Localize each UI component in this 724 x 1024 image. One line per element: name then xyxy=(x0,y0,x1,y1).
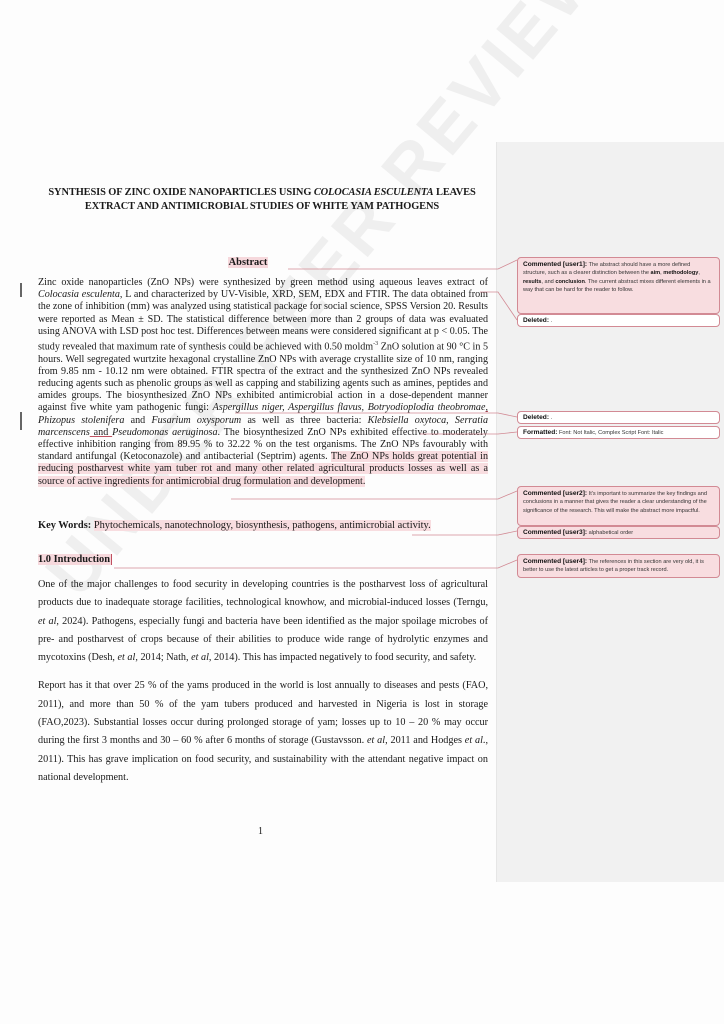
deleted-balloon[interactable]: Deleted: . xyxy=(517,411,720,424)
tracked-change: and xyxy=(90,427,112,438)
intro-paragraph-1: One of the major challenges to food secu… xyxy=(38,576,488,667)
paragraph-text: 2014; Nath, xyxy=(138,652,191,663)
paragraph-text: , 2011 and Hodges xyxy=(385,735,465,746)
comment-text: alphabetical order xyxy=(587,530,633,536)
species-name: Fusarium oxysporum xyxy=(151,415,241,426)
et-al: et al xyxy=(38,616,56,627)
comment-bold: aim xyxy=(650,270,660,276)
balloon-label: Deleted: xyxy=(523,414,549,421)
intro-heading[interactable]: 1.0 Introduction xyxy=(38,554,112,565)
comment-label: Commented [user4]: xyxy=(523,558,587,565)
balloon-text: Font: Not Italic, Complex Script Font: I… xyxy=(557,430,663,436)
balloon-text: . xyxy=(549,415,552,421)
species-name: Pseudomonas aeruginosa xyxy=(112,427,217,438)
paragraph-text: , 2014). This has impacted negatively to… xyxy=(209,652,476,663)
comment-user4[interactable]: Commented [user4]: The references in thi… xyxy=(517,554,720,578)
deleted-balloon[interactable]: Deleted: . xyxy=(517,314,720,327)
comment-text: , xyxy=(698,270,700,276)
abstract-body: Zinc oxide nanoparticles (ZnO NPs) were … xyxy=(38,277,488,488)
et-al: et al xyxy=(367,735,385,746)
paragraph-text: One of the major challenges to food secu… xyxy=(38,579,488,608)
species-name: Colocasia esculenta xyxy=(38,289,120,300)
abstract-heading[interactable]: Abstract xyxy=(0,257,496,268)
intro-body: One of the major challenges to food secu… xyxy=(38,576,488,797)
abstract-heading-text[interactable]: Abstract xyxy=(228,257,269,268)
comment-bold: conclusion xyxy=(555,279,585,285)
balloon-text: . xyxy=(549,318,552,324)
change-bar xyxy=(20,412,22,430)
keywords: Key Words: Phytochemicals, nanotechnolog… xyxy=(38,520,488,531)
et-al: et al xyxy=(191,652,209,663)
comment-user2[interactable]: Commented [user2]: It's important to sum… xyxy=(517,486,720,526)
change-bar xyxy=(20,283,22,297)
comment-bold: results xyxy=(523,279,541,285)
comment-user1[interactable]: Commented [user1]: The abstract should h… xyxy=(517,257,720,314)
balloon-label: Deleted: xyxy=(523,317,549,324)
intro-paragraph-2: Report has it that over 25 % of the yams… xyxy=(38,677,488,787)
tracked-change: , xyxy=(485,402,488,413)
intro-heading-text[interactable]: 1.0 Introduction xyxy=(38,554,112,565)
species-name: Aspergillus niger, Aspergillus flavus, B… xyxy=(213,402,486,413)
balloon-label: Formatted: xyxy=(523,429,557,436)
comment-label: Commented [user1]: xyxy=(523,261,587,268)
comment-label: Commented [user2]: xyxy=(523,490,587,497)
page-number: 1 xyxy=(258,826,263,837)
comment-user3[interactable]: Commented [user3]: alphabetical order xyxy=(517,526,720,539)
abstract-text: Zinc oxide nanoparticles (ZnO NPs) were … xyxy=(38,277,488,288)
title-italic: COLOCASIA ESCULENTA xyxy=(314,187,434,198)
document-title: SYNTHESIS OF ZINC OXIDE NANOPARTICLES US… xyxy=(36,186,488,214)
abstract-text: as well as three bacteria: xyxy=(241,415,367,426)
et-al: et al xyxy=(465,735,483,746)
abstract-text: and xyxy=(124,415,151,426)
comment-bold: methodology xyxy=(663,270,698,276)
comment-text: , and xyxy=(541,279,555,285)
species-name: Phizopus stolenifera xyxy=(38,415,124,426)
et-al: et al, xyxy=(118,652,138,663)
keywords-text[interactable]: Phytochemicals, nanotechnology, biosynth… xyxy=(94,520,431,531)
keywords-label: Key Words: xyxy=(38,520,94,531)
title-text: SYNTHESIS OF ZINC OXIDE NANOPARTICLES US… xyxy=(48,187,313,198)
formatted-balloon[interactable]: Formatted: Font: Not Italic, Complex Scr… xyxy=(517,426,720,439)
comment-label: Commented [user3]: xyxy=(523,529,587,536)
